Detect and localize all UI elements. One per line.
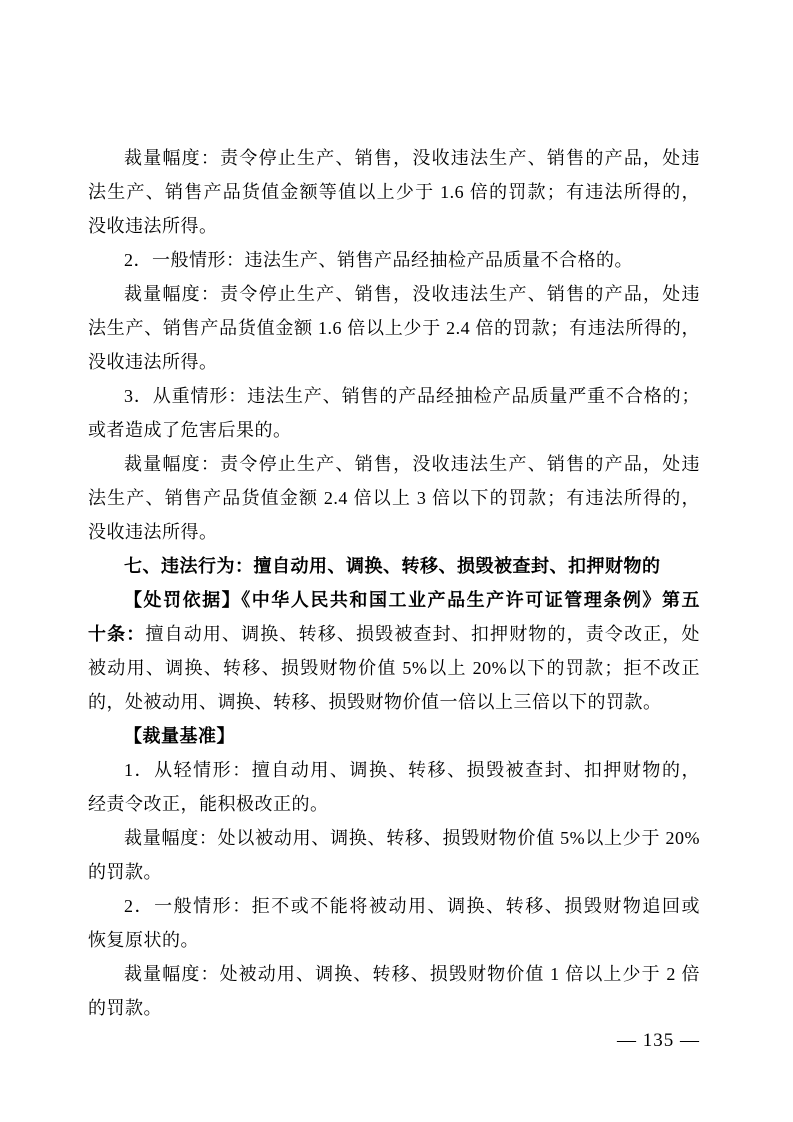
text-run: 的，处被动用、调换、转移、损毁财物价值一倍以上三倍以下的罚款。 <box>88 692 662 712</box>
penalty-basis-line-1: 【处罚依据】《中华人民共和国工业产品生产许可证管理条例》第五 <box>88 583 700 617</box>
discretion-range-5-line-2: 的罚款。 <box>88 991 700 1025</box>
discretion-standard-heading: 【裁量基准】 <box>88 719 700 753</box>
text-run: 的罚款。 <box>88 998 162 1018</box>
mitigated-case-1-line-1: 1．从轻情形：擅自动用、调换、转移、损毁被查封、扣押财物的， <box>88 753 700 787</box>
document-page: 裁量幅度：责令停止生产、销售，没收违法生产、销售的产品，处违法生产、销售产品货值… <box>0 0 793 1122</box>
aggravated-case-3-line-1: 3．从重情形：违法生产、销售的产品经抽检产品质量严重不合格的； <box>88 379 700 413</box>
text-run: 没收违法所得。 <box>88 352 218 372</box>
discretion-range-1-line-2: 法生产、销售产品货值金额等值以上少于 1.6 倍的罚款；有违法所得的， <box>88 175 700 209</box>
discretion-range-3-line-1: 裁量幅度：责令停止生产、销售，没收违法生产、销售的产品，处违 <box>88 447 700 481</box>
discretion-range-2-line-1: 裁量幅度：责令停止生产、销售，没收违法生产、销售的产品，处违 <box>88 277 700 311</box>
text-run: 裁量幅度：责令停止生产、销售，没收违法生产、销售的产品，处违 <box>124 148 700 168</box>
text-run: 法生产、销售产品货值金额 2.4 倍以上 3 倍以下的罚款；有违法所得的， <box>88 488 700 508</box>
text-run: 或者造成了危害后果的。 <box>88 420 292 440</box>
general-case-2-line-1: 2．一般情形：违法生产、销售产品经抽检产品质量不合格的。 <box>88 243 700 277</box>
aggravated-case-3-line-2: 或者造成了危害后果的。 <box>88 413 700 447</box>
bold-text-run: 十条： <box>88 624 145 644</box>
penalty-basis-line-3: 被动用、调换、转移、损毁财物价值 5%以上 20%以下的罚款；拒不改正 <box>88 651 700 685</box>
text-run: 被动用、调换、转移、损毁财物价值 5%以上 20%以下的罚款；拒不改正 <box>88 658 700 678</box>
bold-text-run: 【裁量基准】 <box>124 726 235 746</box>
text-run: 的罚款。 <box>88 862 162 882</box>
discretion-range-4-line-2: 的罚款。 <box>88 855 700 889</box>
discretion-range-3-line-2: 法生产、销售产品货值金额 2.4 倍以上 3 倍以下的罚款；有违法所得的， <box>88 481 700 515</box>
text-run: 经责令改正，能积极改正的。 <box>88 794 329 814</box>
page-number: — 135 — <box>617 1030 700 1052</box>
discretion-range-4-line-1: 裁量幅度：处以被动用、调换、转移、损毁财物价值 5%以上少于 20% <box>88 821 700 855</box>
penalty-basis-line-2: 十条：擅自动用、调换、转移、损毁被查封、扣押财物的，责令改正，处 <box>88 617 700 651</box>
text-run: 裁量幅度：处以被动用、调换、转移、损毁财物价值 5%以上少于 20% <box>124 828 700 848</box>
discretion-range-1-line-3: 没收违法所得。 <box>88 209 700 243</box>
text-run: 法生产、销售产品货值金额等值以上少于 1.6 倍的罚款；有违法所得的， <box>88 182 700 202</box>
text-run: 裁量幅度：责令停止生产、销售，没收违法生产、销售的产品，处违 <box>124 284 700 304</box>
text-run: 没收违法所得。 <box>88 216 218 236</box>
text-run: 3．从重情形：违法生产、销售的产品经抽检产品质量严重不合格的； <box>124 386 700 406</box>
general-case-2b-line-2: 恢复原状的。 <box>88 923 700 957</box>
penalty-basis-line-4: 的，处被动用、调换、转移、损毁财物价值一倍以上三倍以下的罚款。 <box>88 685 700 719</box>
section-7-heading: 七、违法行为：擅自动用、调换、转移、损毁被查封、扣押财物的 <box>88 549 700 583</box>
discretion-range-5-line-1: 裁量幅度：处被动用、调换、转移、损毁财物价值 1 倍以上少于 2 倍 <box>88 957 700 991</box>
text-run: 裁量幅度：责令停止生产、销售，没收违法生产、销售的产品，处违 <box>124 454 700 474</box>
mitigated-case-1-line-2: 经责令改正，能积极改正的。 <box>88 787 700 821</box>
text-run: 2．一般情形：违法生产、销售产品经抽检产品质量不合格的。 <box>124 250 633 270</box>
discretion-range-2-line-3: 没收违法所得。 <box>88 345 700 379</box>
text-run: 擅自动用、调换、转移、损毁被查封、扣押财物的，责令改正，处 <box>145 624 700 644</box>
text-run: 2．一般情形：拒不或不能将被动用、调换、转移、损毁财物追回或 <box>124 896 700 916</box>
discretion-range-2-line-2: 法生产、销售产品货值金额 1.6 倍以上少于 2.4 倍的罚款；有违法所得的， <box>88 311 700 345</box>
general-case-2b-line-1: 2．一般情形：拒不或不能将被动用、调换、转移、损毁财物追回或 <box>88 889 700 923</box>
text-run: 裁量幅度：处被动用、调换、转移、损毁财物价值 1 倍以上少于 2 倍 <box>124 964 700 984</box>
text-content: 裁量幅度：责令停止生产、销售，没收违法生产、销售的产品，处违法生产、销售产品货值… <box>88 141 700 1025</box>
bold-text-run: 七、违法行为：擅自动用、调换、转移、损毁被查封、扣押财物的 <box>124 556 661 576</box>
text-run: 恢复原状的。 <box>88 930 199 950</box>
text-run: 法生产、销售产品货值金额 1.6 倍以上少于 2.4 倍的罚款；有违法所得的， <box>88 318 700 338</box>
bold-text-run: 【处罚依据】《中华人民共和国工业产品生产许可证管理条例》第五 <box>124 590 700 610</box>
text-run: 1．从轻情形：擅自动用、调换、转移、损毁被查封、扣押财物的， <box>124 760 700 780</box>
discretion-range-3-line-3: 没收违法所得。 <box>88 515 700 549</box>
discretion-range-1-line-1: 裁量幅度：责令停止生产、销售，没收违法生产、销售的产品，处违 <box>88 141 700 175</box>
text-run: 没收违法所得。 <box>88 522 218 542</box>
